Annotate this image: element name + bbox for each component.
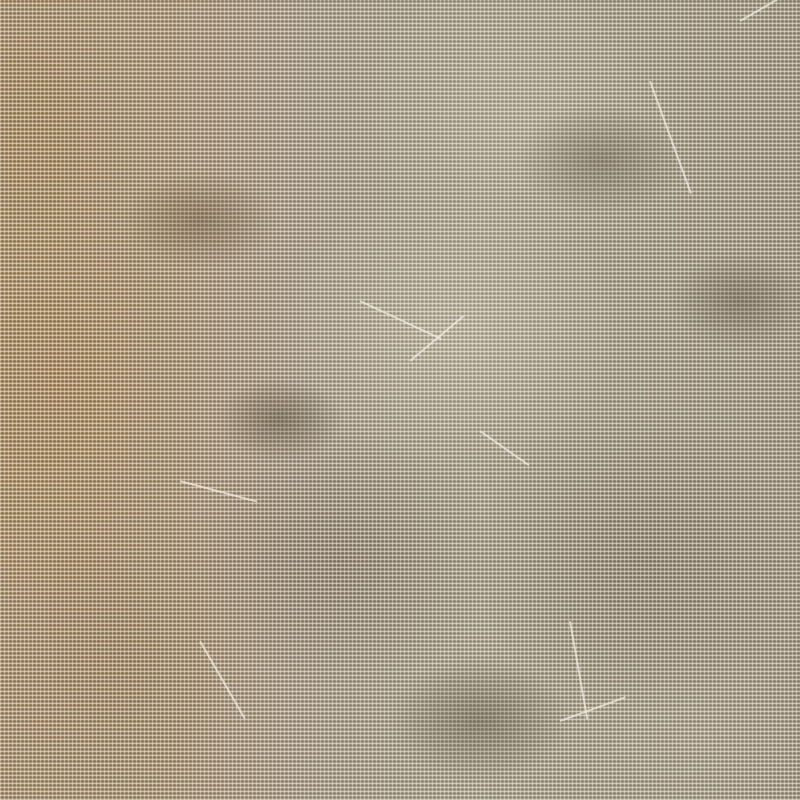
worn-dark-patches [0,0,800,800]
rug-texture-photo [0,0,800,800]
